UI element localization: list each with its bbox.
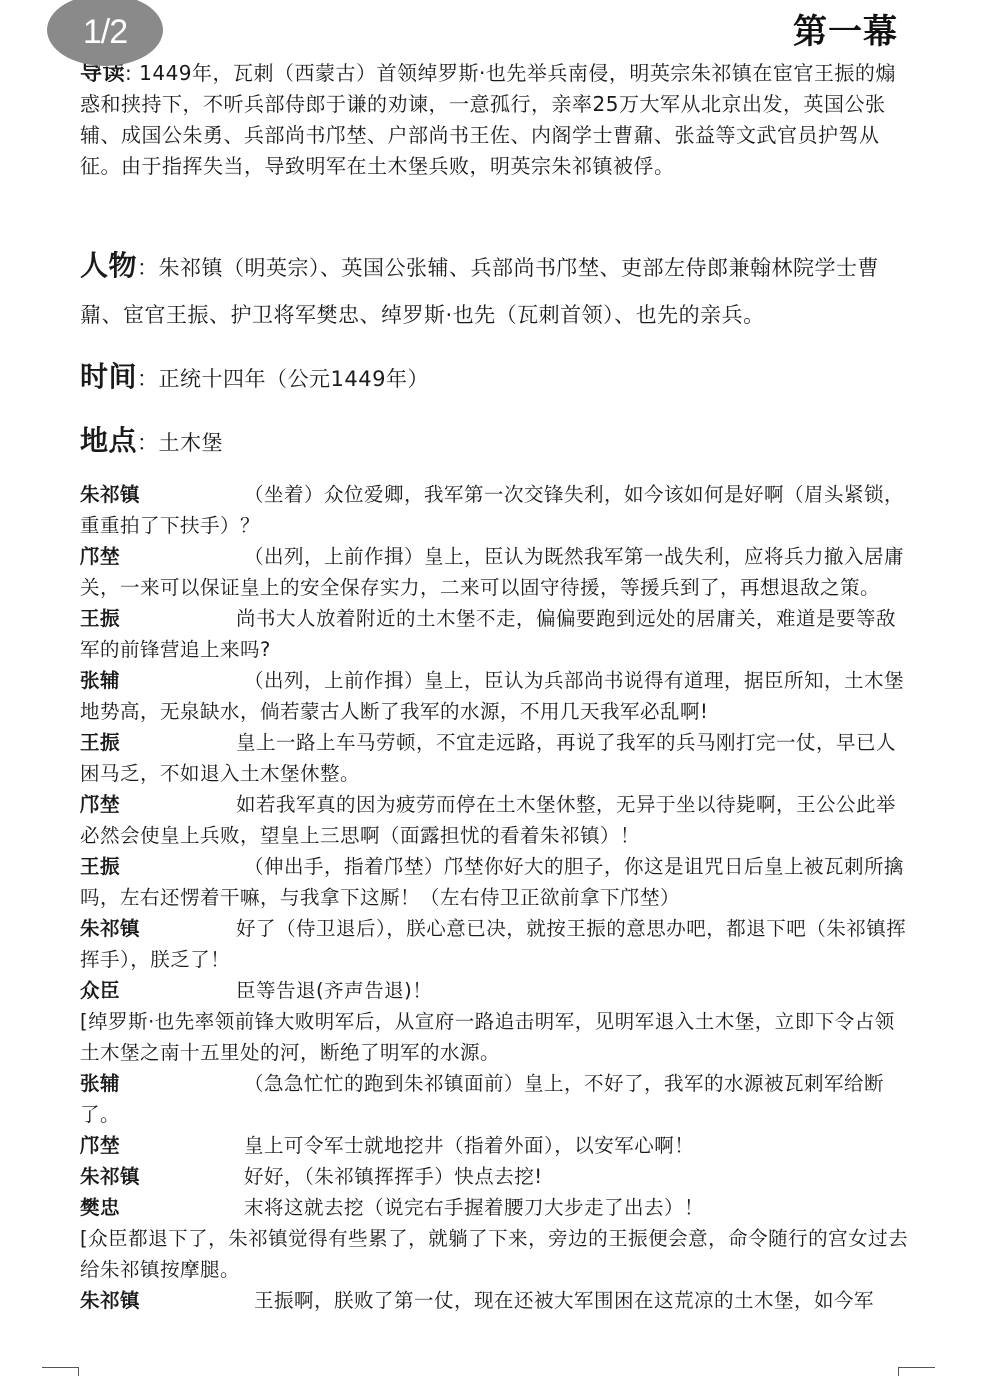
dialogue-text: （伸出手，指着邝埜）邝埜你好大的胆子，你这是诅咒日后皇上被瓦刺所擒吗，左右还愣着…: [80, 855, 904, 909]
intro-text: 1449年，瓦刺（西蒙古）首领绰罗斯·也先举兵南侵，明英宗朱祁镇在宦官王振的煽惑…: [80, 61, 896, 178]
dialogue-text: 尚书大人放着附近的土木堡不走，偏偏要跑到远处的居庸关，难道是要等敌军的前锋营追上…: [80, 607, 896, 661]
time-separator: ：: [137, 367, 159, 391]
dialogue-line: 邝埜皇上可令军士就地挖井（指着外面），以安军心啊！: [80, 1130, 910, 1161]
dialogue-line: 王振尚书大人放着附近的土木堡不走，偏偏要跑到远处的居庸关，难道是要等敌军的前锋营…: [80, 603, 910, 665]
dialogue-line: 邝埜（出列，上前作揖）皇上，臣认为既然我军第一战失利，应将兵力撤入居庸关，一来可…: [80, 541, 910, 603]
dialogue-text: 如若我军真的因为疲劳而停在土木堡休整，无异于坐以待毙啊，王公公此举必然会使皇上兵…: [80, 793, 896, 847]
section-people: 人物：朱祁镇（明英宗）、英国公张辅、兵部尚书邝埜、吏部左侍郎兼翰林院学士曹鼐、宦…: [80, 242, 910, 339]
people-text: 朱祁镇（明英宗）、英国公张辅、兵部尚书邝埜、吏部左侍郎兼翰林院学士曹鼐、宦官王振…: [80, 256, 879, 327]
dialogue-text: 好好，（朱祁镇挥挥手）快点去挖!: [244, 1165, 543, 1188]
page-corner-mark-left: [42, 1367, 79, 1376]
page-indicator-badge: 1/2: [47, 0, 163, 66]
script-body: 朱祁镇（坐着）众位爱卿，我军第一次交锋失利，如今该如何是好啊（眉头紧锁，重重拍了…: [80, 479, 910, 1316]
section-place: 地点：土木堡: [80, 417, 910, 467]
people-separator: ：: [137, 256, 159, 280]
dialogue-line: 朱祁镇（坐着）众位爱卿，我军第一次交锋失利，如今该如何是好啊（眉头紧锁，重重拍了…: [80, 479, 910, 541]
dialogue-line: 王振皇上一路上车马劳顿，不宜走远路，再说了我军的兵马刚打完一仗，早已人困马乏，不…: [80, 727, 910, 789]
stage-direction: [绰罗斯·也先率领前锋大败明军后，从宣府一路追击明军，见明军退入土木堡，立即下令…: [80, 1006, 910, 1068]
page-corner-mark-right: [898, 1367, 935, 1376]
dialogue-line: 朱祁镇王振啊，朕败了第一仗，现在还被大军围困在这荒凉的土木堡，如今军: [80, 1285, 910, 1316]
intro-paragraph: 导读: 1449年，瓦刺（西蒙古）首领绰罗斯·也先举兵南侵，明英宗朱祁镇在宦官王…: [80, 58, 910, 182]
dialogue-line: 张辅（出列，上前作揖）皇上，臣认为兵部尚书说得有道理，据臣所知，土木堡地势高，无…: [80, 665, 910, 727]
dialogue-line: 樊忠末将这就去挖（说完右手握着腰刀大步走了出去）！: [80, 1192, 910, 1223]
document-content: 导读: 1449年，瓦刺（西蒙古）首领绰罗斯·也先举兵南侵，明英宗朱祁镇在宦官王…: [80, 58, 910, 1316]
dialogue-text: 皇上可令军士就地挖井（指着外面），以安军心啊！: [244, 1134, 694, 1157]
dialogue-text: （坐着）众位爱卿，我军第一次交锋失利，如今该如何是好啊（眉头紧锁，重重拍了下扶手…: [80, 483, 904, 537]
time-text: 正统十四年（公元1449年）: [159, 367, 429, 391]
place-text: 土木堡: [159, 431, 224, 455]
dialogue-text: 皇上一路上车马劳顿，不宜走远路，再说了我军的兵马刚打完一仗，早已人困马乏，不如退…: [80, 731, 896, 785]
dialogue-line: 朱祁镇好好，（朱祁镇挥挥手）快点去挖!: [80, 1161, 910, 1192]
dialogue-text: 王振啊，朕败了第一仗，现在还被大军围困在这荒凉的土木堡，如今军: [254, 1289, 874, 1312]
dialogue-line: 邝埜如若我军真的因为疲劳而停在土木堡休整，无异于坐以待毙啊，王公公此举必然会使皇…: [80, 789, 910, 851]
dialogue-line: 张辅（急急忙忙的跑到朱祁镇面前）皇上，不好了，我军的水源被瓦刺军给断了。: [80, 1068, 910, 1130]
time-label: 时间: [80, 360, 137, 393]
dialogue-line: 王振（伸出手，指着邝埜）邝埜你好大的胆子，你这是诅咒日后皇上被瓦刺所擒吗，左右还…: [80, 851, 910, 913]
dialogue-text: （出列，上前作揖）皇上，臣认为既然我军第一战失利，应将兵力撤入居庸关，一来可以保…: [80, 545, 904, 599]
dialogue-text: 臣等告退(齐声告退)！: [236, 979, 432, 1002]
dialogue-text: 末将这就去挖（说完右手握着腰刀大步走了出去）！: [244, 1196, 704, 1219]
dialogue-line: 众臣臣等告退(齐声告退)！: [80, 975, 910, 1006]
people-label: 人物: [80, 249, 137, 282]
place-separator: ：: [137, 431, 159, 455]
dialogue-line: 朱祁镇好了（侍卫退后），朕心意已决，就按王振的意思办吧，都退下吧（朱祁镇挥挥手）…: [80, 913, 910, 975]
dialogue-text: 好了（侍卫退后），朕心意已决，就按王振的意思办吧，都退下吧（朱祁镇挥挥手），朕乏…: [80, 917, 906, 971]
dialogue-text: （急急忙忙的跑到朱祁镇面前）皇上，不好了，我军的水源被瓦刺军给断了。: [80, 1072, 884, 1126]
dialogue-text: （出列，上前作揖）皇上，臣认为兵部尚书说得有道理，据臣所知，土木堡地势高，无泉缺…: [80, 669, 904, 723]
place-label: 地点: [80, 424, 137, 457]
section-time: 时间：正统十四年（公元1449年）: [80, 353, 910, 403]
intro-separator: :: [125, 61, 132, 85]
act-title: 第一幕: [793, 4, 898, 53]
stage-direction: [众臣都退下了，朱祁镇觉得有些累了，就躺了下来，旁边的王振便会意，命令随行的宫女…: [80, 1223, 910, 1285]
